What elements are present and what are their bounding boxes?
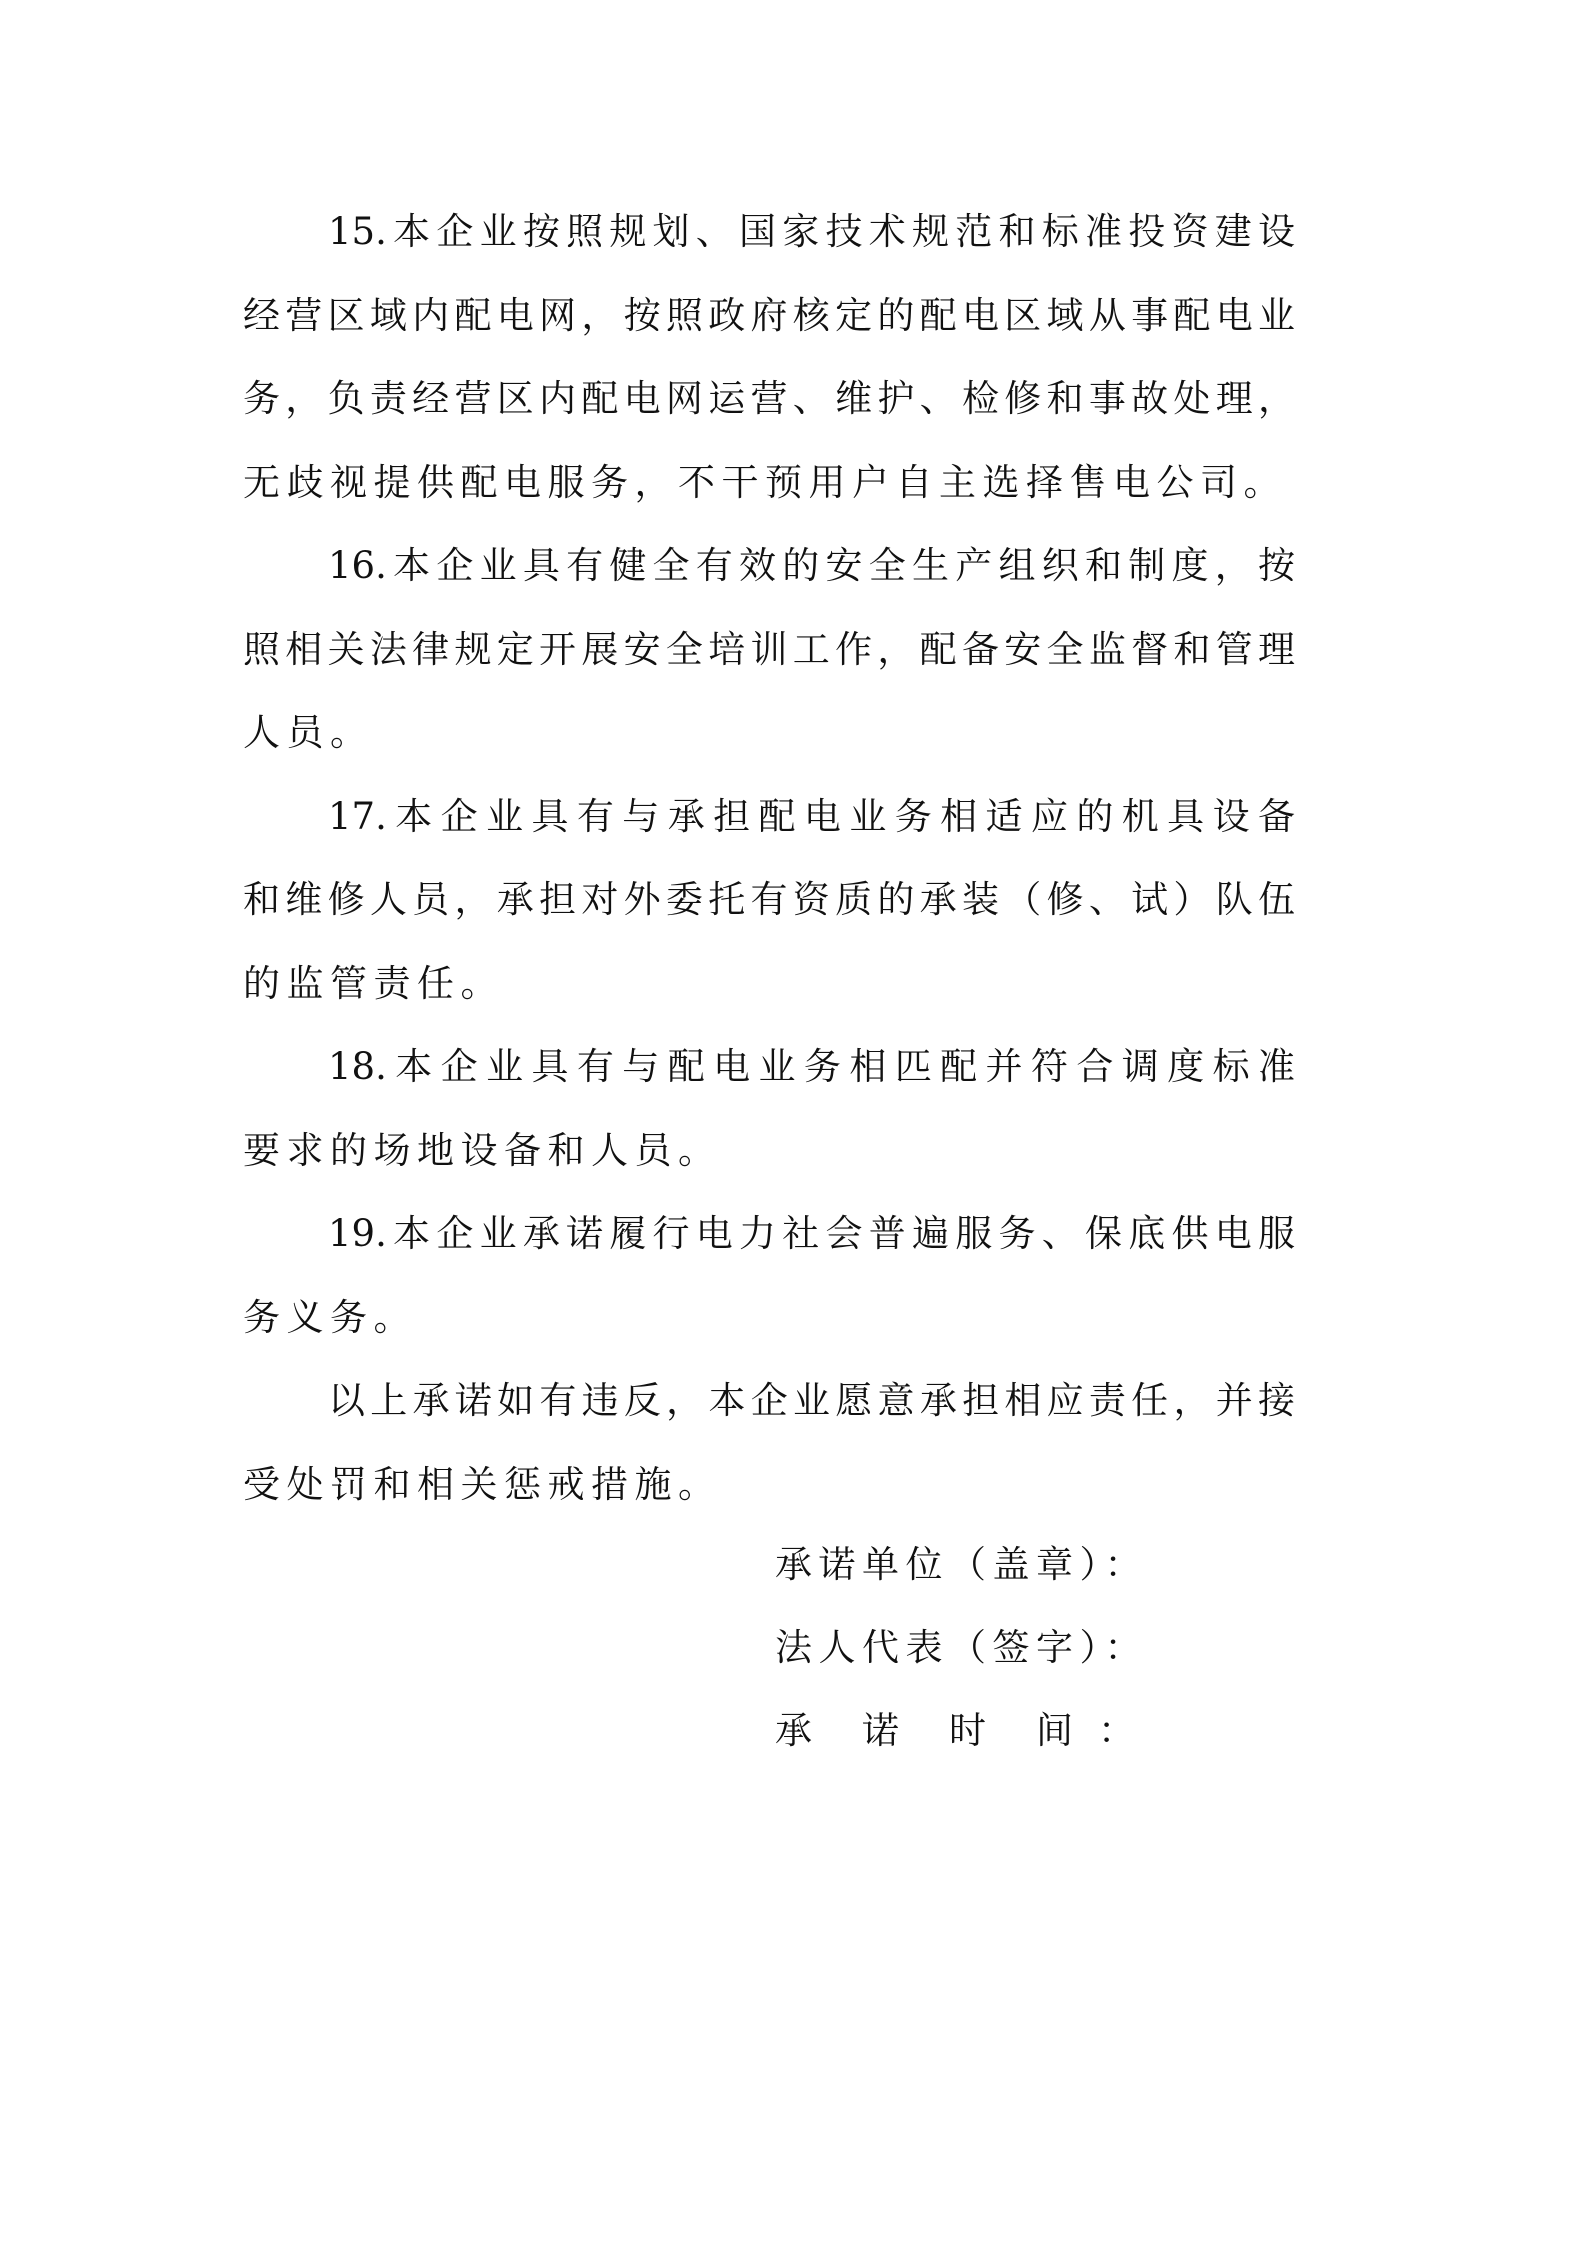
paragraph-16: 16.本企业具有健全有效的安全生产组织和制度，按 照相关法律规定开展安全培训工作… [243, 542, 1303, 793]
signature-date-char: 时 [949, 1707, 1036, 1790]
line-text: 19.本企业承诺履行电力社会普遍服务、保底供电服 [328, 1210, 1295, 1258]
paragraph-line: 照相关法律规定开展安全培训工作，配备安全监督和管理 [243, 626, 1303, 710]
line-text: 经营区域内配电网，按照政府核定的配电区域从事配电业 [243, 292, 1295, 340]
paragraph-line: 人员。 [243, 709, 1303, 793]
paragraph-line: 无歧视提供配电服务，不干预用户自主选择售电公司。 [243, 459, 1303, 543]
signature-date-colon: ： [1098, 1707, 1138, 1790]
line-text: 无歧视提供配电服务，不干预用户自主选择售电公司。 [243, 459, 1287, 507]
paragraph-line: 和维修人员，承担对外委托有资质的承装（修、试）队伍 [243, 876, 1303, 960]
line-text: 照相关法律规定开展安全培训工作，配备安全监督和管理 [243, 626, 1295, 674]
paragraph-19: 19.本企业承诺履行电力社会普遍服务、保底供电服 务义务。 [243, 1210, 1303, 1377]
line-text: 16.本企业具有健全有效的安全生产组织和制度，按 [328, 542, 1295, 590]
line-text: 17.本企业具有与承担配电业务相适应的机具设备 [328, 793, 1295, 841]
paragraph-line: 要求的场地设备和人员。 [243, 1127, 1303, 1211]
paragraph-line: 经营区域内配电网，按照政府核定的配电区域从事配电业 [243, 292, 1303, 376]
commitment-body: 15.本企业按照规划、国家技术规范和标准投资建设 经营区域内配电网，按照政府核定… [243, 208, 1303, 1544]
signature-unit-line: 承诺单位（盖章）： [775, 1541, 1175, 1624]
signature-date-char: 承 [775, 1707, 862, 1790]
paragraph-line: 以上承诺如有违反，本企业愿意承担相应责任，并接 [243, 1377, 1303, 1461]
paragraph-15: 15.本企业按照规划、国家技术规范和标准投资建设 经营区域内配电网，按照政府核定… [243, 208, 1303, 542]
signature-legal-rep-label: 法人代表（签字）： [775, 1626, 1148, 1669]
line-text: 务义务。 [243, 1294, 417, 1342]
signature-date-char: 诺 [862, 1707, 949, 1790]
paragraph-line: 17.本企业具有与承担配电业务相适应的机具设备 [243, 793, 1303, 877]
paragraph-line: 15.本企业按照规划、国家技术规范和标准投资建设 [243, 208, 1303, 292]
line-text: 要求的场地设备和人员。 [243, 1127, 722, 1175]
line-text: 以上承诺如有违反，本企业愿意承担相应责任，并接 [328, 1377, 1295, 1425]
closing-paragraph: 以上承诺如有违反，本企业愿意承担相应责任，并接 受处罚和相关惩戒措施。 [243, 1377, 1303, 1544]
line-text: 受处罚和相关惩戒措施。 [243, 1461, 722, 1509]
line-text: 的监管责任。 [243, 960, 504, 1008]
document-page: 15.本企业按照规划、国家技术规范和标准投资建设 经营区域内配电网，按照政府核定… [0, 0, 1587, 2245]
line-text: 务，负责经营区内配电网运营、维护、检修和事故处理， [243, 375, 1295, 423]
paragraph-line: 19.本企业承诺履行电力社会普遍服务、保底供电服 [243, 1210, 1303, 1294]
paragraph-18: 18.本企业具有与配电业务相匹配并符合调度标准 要求的场地设备和人员。 [243, 1043, 1303, 1210]
signature-block: 承诺单位（盖章）： 法人代表（签字）： 承 诺 时 间 ： [775, 1541, 1175, 1790]
paragraph-line: 16.本企业具有健全有效的安全生产组织和制度，按 [243, 542, 1303, 626]
line-text: 18.本企业具有与配电业务相匹配并符合调度标准 [328, 1043, 1295, 1091]
paragraph-line: 18.本企业具有与配电业务相匹配并符合调度标准 [243, 1043, 1303, 1127]
line-text: 和维修人员，承担对外委托有资质的承装（修、试）队伍 [243, 876, 1295, 924]
signature-date-line: 承 诺 时 间 ： [775, 1707, 1175, 1790]
paragraph-line: 务，负责经营区内配电网运营、维护、检修和事故处理， [243, 375, 1303, 459]
paragraph-line: 受处罚和相关惩戒措施。 [243, 1461, 1303, 1545]
signature-unit-label: 承诺单位（盖章）： [775, 1543, 1148, 1586]
line-text: 15.本企业按照规划、国家技术规范和标准投资建设 [328, 208, 1295, 256]
paragraph-17: 17.本企业具有与承担配电业务相适应的机具设备 和维修人员，承担对外委托有资质的… [243, 793, 1303, 1044]
paragraph-line: 务义务。 [243, 1294, 1303, 1378]
line-text: 人员。 [243, 709, 374, 757]
signature-legal-rep-line: 法人代表（签字）： [775, 1624, 1175, 1707]
paragraph-line: 的监管责任。 [243, 960, 1303, 1044]
